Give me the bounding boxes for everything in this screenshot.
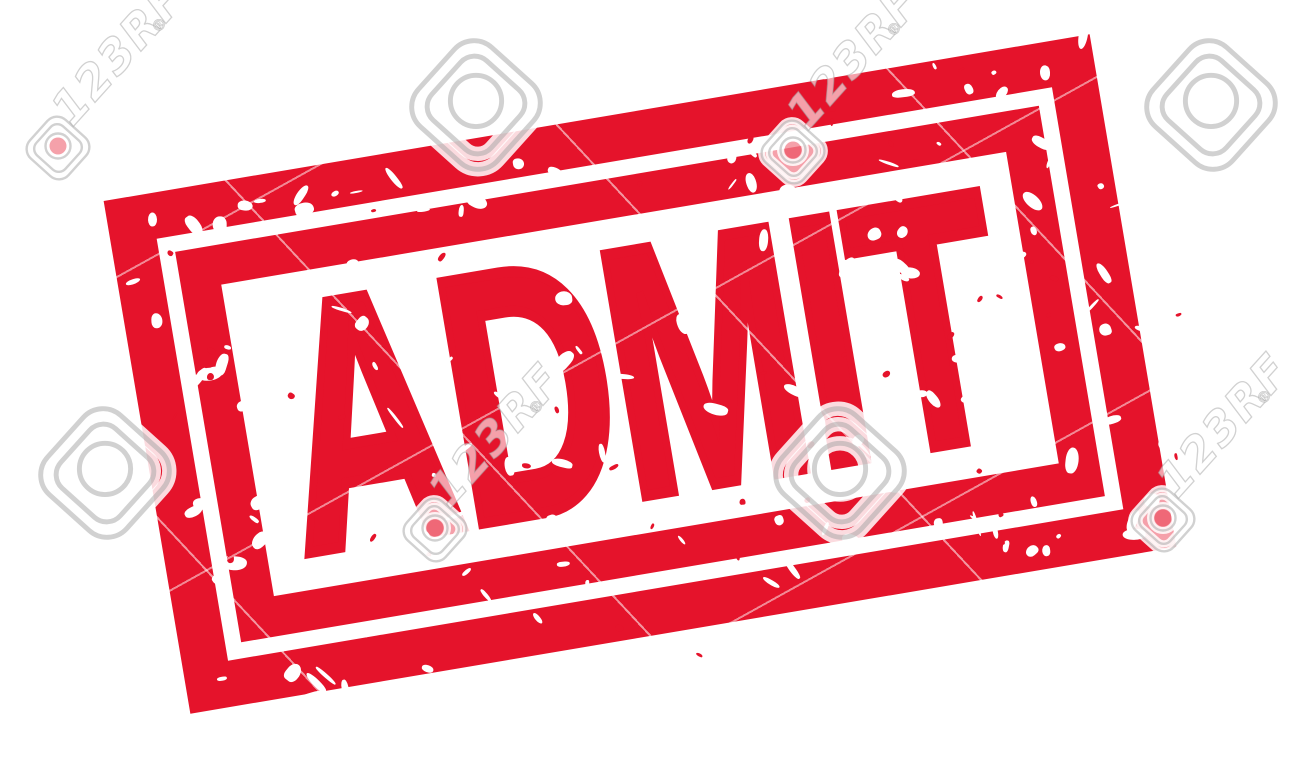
speck (387, 296, 397, 305)
speck (865, 225, 883, 242)
speck (888, 609, 903, 621)
speck (1029, 495, 1038, 508)
speck (551, 347, 577, 373)
speck (758, 229, 769, 252)
speck (205, 363, 211, 367)
speck (255, 444, 267, 454)
speck (163, 667, 180, 679)
speck (840, 530, 862, 549)
speck (444, 509, 470, 522)
speck (991, 69, 997, 75)
speck (879, 158, 900, 168)
speck (580, 514, 591, 524)
speck (1054, 342, 1067, 353)
speck (253, 199, 266, 204)
speck (362, 629, 369, 638)
speck (1135, 325, 1150, 333)
speck (117, 384, 130, 398)
speck (810, 154, 817, 161)
speck (135, 455, 141, 463)
speck (387, 407, 404, 429)
speck (249, 529, 272, 552)
speck (1030, 225, 1039, 236)
speck (853, 386, 858, 390)
speck (371, 361, 379, 371)
speck (120, 318, 124, 323)
speck (337, 414, 346, 420)
registered-mark: ® (1253, 385, 1276, 408)
speck (996, 294, 1003, 300)
speck (933, 518, 943, 530)
speck (248, 514, 260, 524)
speck (217, 676, 228, 682)
speck (172, 412, 178, 421)
registered-mark: ® (148, 13, 171, 36)
speck (554, 290, 572, 305)
speck (803, 496, 811, 503)
speck (992, 524, 1000, 539)
speck (279, 180, 289, 189)
speck (629, 493, 649, 516)
speck (254, 342, 276, 359)
speck (459, 442, 474, 454)
speck (1120, 148, 1134, 159)
admit-stamp: ADMIT (104, 34, 1177, 713)
rf-watermark-tile: 123RF ® (21, 0, 196, 185)
speck (749, 438, 759, 449)
speck (804, 616, 829, 625)
speck (361, 414, 373, 434)
speck (1030, 133, 1053, 152)
speck (609, 464, 619, 472)
speck (331, 305, 352, 314)
speck (727, 179, 737, 191)
speck (851, 282, 880, 304)
speck (276, 366, 287, 373)
speck (556, 561, 570, 567)
speck (779, 184, 799, 201)
speck (1039, 65, 1050, 81)
speck (340, 679, 351, 700)
speck (1008, 250, 1028, 263)
speck (774, 553, 785, 564)
speck (963, 83, 975, 96)
speck (758, 370, 767, 375)
speck (830, 118, 834, 126)
speck (513, 158, 526, 171)
speck (262, 461, 274, 476)
speck (851, 433, 866, 449)
speck (960, 389, 988, 407)
speck (206, 346, 216, 355)
speck (527, 527, 540, 545)
speck (1107, 69, 1121, 78)
speck (475, 672, 489, 687)
speck (976, 468, 983, 475)
speck (182, 213, 205, 238)
speck (405, 685, 414, 692)
speck (615, 623, 625, 633)
speck (462, 567, 473, 577)
speck (419, 530, 431, 553)
camera-icon (21, 111, 94, 184)
speck (750, 150, 759, 158)
speck (287, 393, 296, 401)
speck (1020, 189, 1046, 214)
speck (939, 36, 951, 58)
speck (385, 499, 401, 524)
speck (211, 570, 228, 587)
speck (585, 580, 589, 586)
speck (479, 589, 492, 604)
speck (566, 376, 570, 380)
speck (1085, 298, 1099, 312)
speck (1045, 312, 1052, 318)
speck (787, 328, 800, 342)
speck (1064, 447, 1079, 474)
speck (881, 370, 891, 379)
speck (546, 165, 564, 179)
speck (891, 190, 904, 204)
speck (837, 255, 858, 281)
speck (148, 212, 158, 227)
speck (972, 483, 977, 487)
speck (894, 224, 910, 240)
speck (1055, 533, 1061, 540)
speck (282, 661, 304, 684)
speck (821, 522, 830, 536)
speck (235, 398, 251, 413)
speck (262, 208, 266, 212)
speck (352, 313, 371, 332)
speck (465, 191, 489, 212)
speck (828, 104, 836, 112)
speck (788, 278, 799, 290)
speck (876, 477, 901, 494)
speck (598, 443, 607, 463)
speck (340, 579, 348, 584)
speck (806, 440, 816, 450)
speck (946, 330, 955, 340)
speck (807, 150, 813, 154)
speck (1094, 262, 1113, 285)
speck (912, 158, 921, 168)
speck (1076, 21, 1090, 49)
speck (1175, 312, 1181, 317)
speck (1186, 523, 1204, 541)
watermark-label: 123RF (1145, 343, 1300, 508)
speck (371, 209, 376, 213)
speck (859, 160, 864, 166)
speck (1030, 259, 1035, 264)
speck (840, 352, 848, 359)
speck (297, 691, 322, 701)
speck (213, 352, 230, 377)
speck (976, 295, 983, 303)
speck (183, 502, 204, 519)
speck (795, 499, 803, 509)
speck (702, 400, 729, 417)
speck (493, 391, 503, 399)
speck (293, 270, 317, 291)
speck (782, 382, 805, 399)
speck (574, 345, 583, 355)
speck (503, 456, 515, 477)
speck (125, 277, 141, 286)
speck (815, 411, 827, 435)
speck (167, 249, 175, 256)
speck (153, 567, 162, 573)
speck (457, 204, 464, 217)
speck (1043, 93, 1052, 102)
speck (823, 67, 850, 81)
speck (1121, 177, 1139, 201)
speck (545, 513, 558, 525)
speck (1141, 491, 1161, 511)
speck (566, 226, 572, 233)
rf-watermark-camera-large (1136, 30, 1287, 181)
speck (892, 88, 916, 99)
watermark-label: 123RF (40, 0, 196, 135)
speck (223, 344, 231, 349)
speck (931, 62, 937, 70)
speck (567, 274, 573, 284)
speck (213, 217, 227, 234)
camera-icon (1136, 30, 1287, 181)
speck (650, 523, 655, 529)
speck (782, 555, 802, 580)
speck (677, 535, 686, 545)
speck (511, 136, 517, 145)
speck (696, 651, 704, 657)
speck (581, 530, 587, 539)
speck (532, 611, 544, 625)
speck (743, 172, 759, 194)
registered-mark: ® (883, 17, 906, 40)
speck (1097, 182, 1105, 190)
speck (427, 552, 432, 556)
speck (726, 152, 737, 164)
speck (983, 334, 993, 349)
speck (270, 486, 281, 494)
speck (1049, 275, 1059, 283)
speck (447, 356, 453, 362)
speck (997, 512, 1004, 518)
speck (674, 312, 691, 335)
speck (237, 200, 253, 211)
camera-lens-icon (50, 138, 67, 155)
speck (383, 166, 404, 190)
speck (554, 405, 560, 413)
speck (421, 664, 435, 674)
speck (369, 533, 377, 543)
speck (222, 555, 248, 571)
speck (735, 551, 741, 561)
speck (350, 189, 363, 194)
speck (1185, 542, 1204, 557)
speck (436, 252, 446, 263)
speck (680, 150, 694, 164)
speck (1110, 201, 1127, 209)
speck (1102, 413, 1122, 426)
speck (1092, 491, 1097, 496)
speck (611, 373, 634, 379)
speck (346, 257, 360, 269)
speck (888, 386, 901, 396)
speck (417, 208, 430, 213)
speck (952, 354, 965, 363)
speck (150, 313, 162, 328)
speck (923, 388, 943, 409)
speck (431, 473, 436, 478)
grunge-speckles (104, 34, 1177, 713)
stamp-canvas: ADMIT 123RF ® (0, 0, 1300, 758)
speck (1042, 545, 1051, 557)
speck (958, 67, 965, 72)
speck (551, 456, 573, 469)
speck (887, 139, 895, 148)
speck (521, 463, 531, 469)
speck (1024, 543, 1040, 558)
speck (330, 190, 340, 198)
speck (1045, 158, 1051, 168)
speck (1003, 387, 1022, 403)
speck (248, 492, 269, 512)
speck (1122, 529, 1145, 541)
speck (637, 181, 643, 187)
speck (746, 135, 754, 144)
speck (773, 514, 785, 526)
speck (936, 141, 942, 147)
speck (991, 105, 996, 110)
speck (1173, 453, 1178, 461)
speck (1097, 322, 1112, 337)
speck (740, 498, 746, 505)
speck (593, 230, 602, 241)
speck (417, 265, 421, 272)
speck (762, 576, 781, 590)
